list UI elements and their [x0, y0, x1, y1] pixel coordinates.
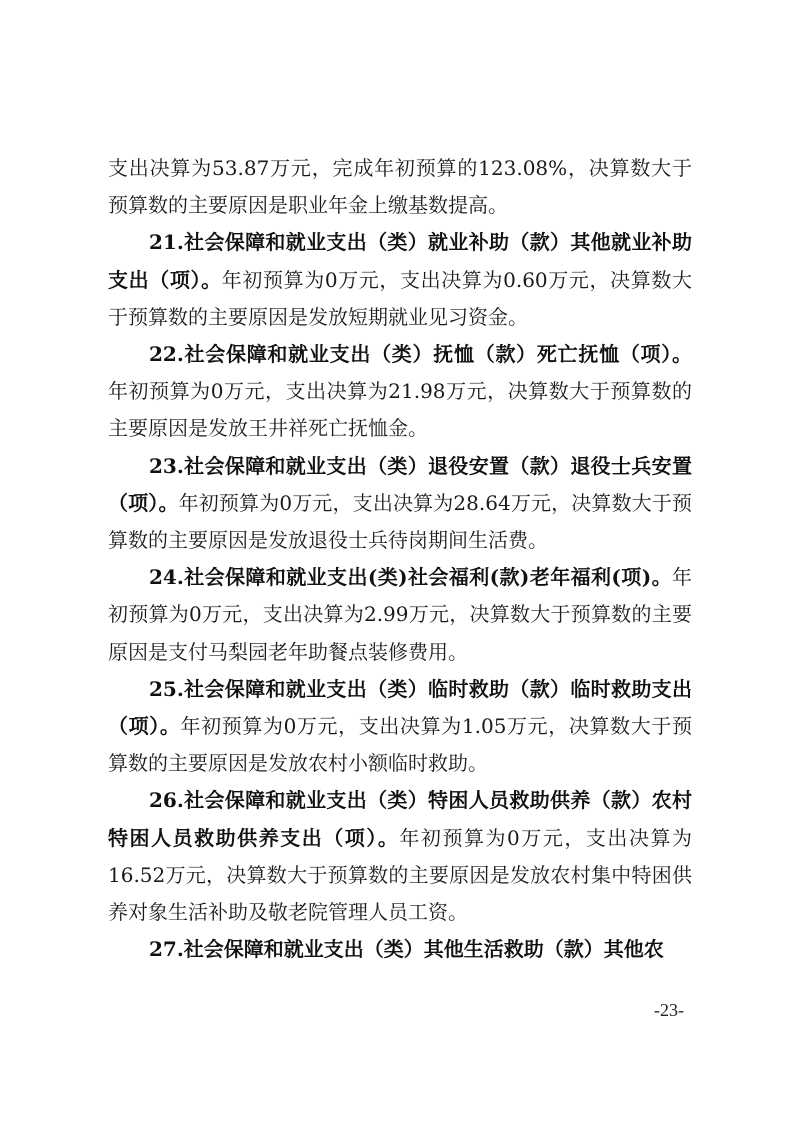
paragraph-item-22: 22.社会保障和就业支出（类）抚恤（款）死亡抚恤（项）。年初预算为0万元，支出决… [108, 336, 692, 448]
paragraph-item-25: 25.社会保障和就业支出（类）临时救助（款）临时救助支出（项）。年初预算为0万元… [108, 671, 692, 783]
paragraph-item-26: 26.社会保障和就业支出（类）特困人员救助供养（款）农村特困人员救助供养支出（项… [108, 782, 692, 931]
paragraph-body: 年初预算为0万元，支出决算为28.64万元，决算数大于预算数的主要原因是发放退役… [108, 491, 692, 552]
page-number: -23- [654, 1000, 684, 1021]
document-page: 支出决算为53.87万元，完成年初预算的123.08%，决算数大于预算数的主要原… [108, 150, 692, 968]
paragraph-body: 支出决算为53.87万元，完成年初预算的123.08%，决算数大于预算数的主要原… [108, 156, 692, 217]
paragraph-heading: 27.社会保障和就业支出（类）其他生活救助（款）其他农 [149, 937, 664, 961]
paragraph-continuation: 支出决算为53.87万元，完成年初预算的123.08%，决算数大于预算数的主要原… [108, 150, 692, 224]
paragraph-item-24: 24.社会保障和就业支出(类)社会福利(款)老年福利(项)。年初预算为0万元，支… [108, 559, 692, 671]
paragraph-item-27: 27.社会保障和就业支出（类）其他生活救助（款）其他农 [108, 931, 692, 968]
paragraph-body: 年初预算为0万元，支出决算为21.98万元，决算数大于预算数的主要原因是发放王井… [108, 379, 692, 440]
paragraph-heading: 22.社会保障和就业支出（类）抚恤（款）死亡抚恤（项）。 [149, 342, 692, 366]
paragraph-item-21: 21.社会保障和就业支出（类）就业补助（款）其他就业补助支出（项）。年初预算为0… [108, 224, 692, 336]
paragraph-heading: 24.社会保障和就业支出(类)社会福利(款)老年福利(项)。 [149, 565, 672, 589]
paragraph-item-23: 23.社会保障和就业支出（类）退役安置（款）退役士兵安置（项）。年初预算为0万元… [108, 448, 692, 560]
paragraph-body: 年初预算为0万元，支出决算为1.05万元，决算数大于预算数的主要原因是发放农村小… [108, 714, 692, 775]
